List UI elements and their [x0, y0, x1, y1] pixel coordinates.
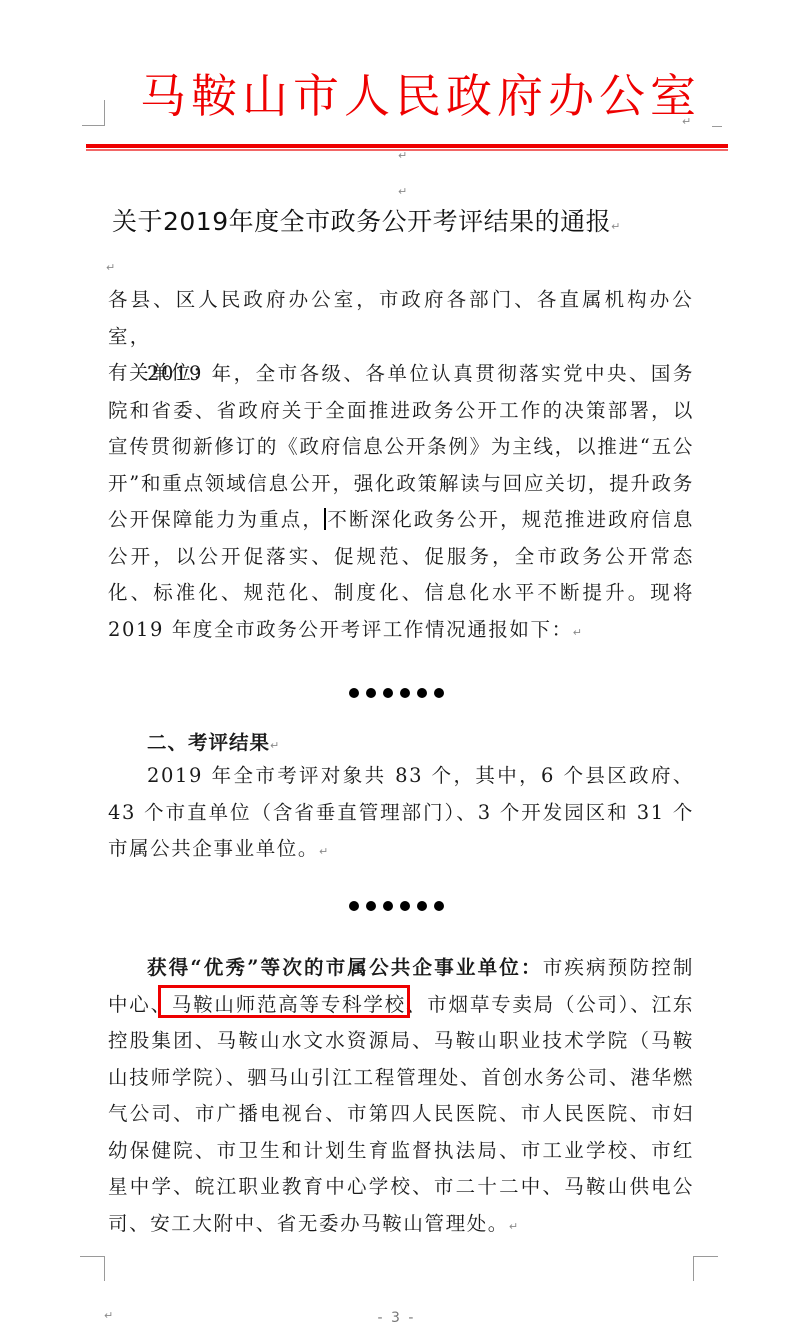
dot	[417, 688, 427, 698]
excellent-label: 获得“优秀”等次的市属公共企事业单位：	[147, 956, 543, 979]
dot	[383, 901, 393, 911]
letterhead-text: 马鞍山市人民政府办公室	[140, 69, 701, 123]
dot	[434, 901, 444, 911]
dot	[400, 901, 410, 911]
highlight-annotation-box	[158, 985, 410, 1018]
paragraph-mark-icon: ↵	[106, 262, 115, 273]
dot	[349, 901, 359, 911]
omission-dots	[0, 900, 793, 914]
intro-paragraph[interactable]: 2019 年，全市各级、各单位认真贯彻落实党中央、国务院和省委、省政府关于全面推…	[108, 356, 694, 648]
document-title-text: 关于2019年度全市政务公开考评结果的通报	[112, 207, 611, 236]
document-title[interactable]: 关于2019年度全市政务公开考评结果的通报↵	[112, 202, 621, 242]
letterhead-rule-thick	[86, 144, 728, 148]
dot	[434, 688, 444, 698]
dot	[400, 688, 410, 698]
crop-mark-top-left	[82, 100, 105, 126]
crop-mark-top-right	[712, 125, 722, 127]
text-cursor	[324, 508, 326, 530]
section-body-text: 2019 年全市考评对象共 83 个，其中，6 个县区政府、43 个市直单位（含…	[108, 764, 694, 860]
crop-mark-bottom-left	[80, 1256, 105, 1281]
paragraph-mark-icon: ↵	[682, 116, 691, 127]
page-number: - 3 -	[0, 1310, 793, 1326]
excellent-units-part-2: 市烟草专卖局（公司）、江东控股集团、马鞍山水文水资源局、马鞍山职业技术学院（马鞍…	[108, 993, 694, 1235]
dot	[383, 688, 393, 698]
omission-dots	[0, 687, 793, 701]
section-heading[interactable]: 二、考评结果↵	[147, 725, 280, 761]
salutation-line-1: 各县、区人民政府办公室，市政府各部门、各直属机构办公室，	[108, 282, 694, 355]
paragraph-mark-icon: ↵	[573, 626, 584, 639]
dot	[366, 688, 376, 698]
paragraph-mark-icon: ↵	[270, 739, 280, 752]
letterhead-organization: 马鞍山市人民政府办公室	[140, 66, 685, 126]
section-heading-text: 二、考评结果	[147, 731, 270, 754]
paragraph-mark-icon: ↵	[509, 1220, 520, 1233]
dot	[366, 901, 376, 911]
paragraph-mark-icon: ↵	[319, 845, 330, 858]
paragraph-mark-icon: ↵	[398, 150, 407, 161]
paragraph-mark-icon: ↵	[398, 186, 407, 197]
dot	[349, 688, 359, 698]
intro-text-part-1: 2019 年，全市各级、各单位认真贯彻落实党中央、国务院和省委、省政府关于全面推…	[108, 362, 694, 531]
section-body[interactable]: 2019 年全市考评对象共 83 个，其中，6 个县区政府、43 个市直单位（含…	[108, 758, 694, 868]
paragraph-mark-icon: ↵	[611, 220, 621, 233]
dot	[417, 901, 427, 911]
crop-mark-bottom-right	[693, 1256, 718, 1281]
